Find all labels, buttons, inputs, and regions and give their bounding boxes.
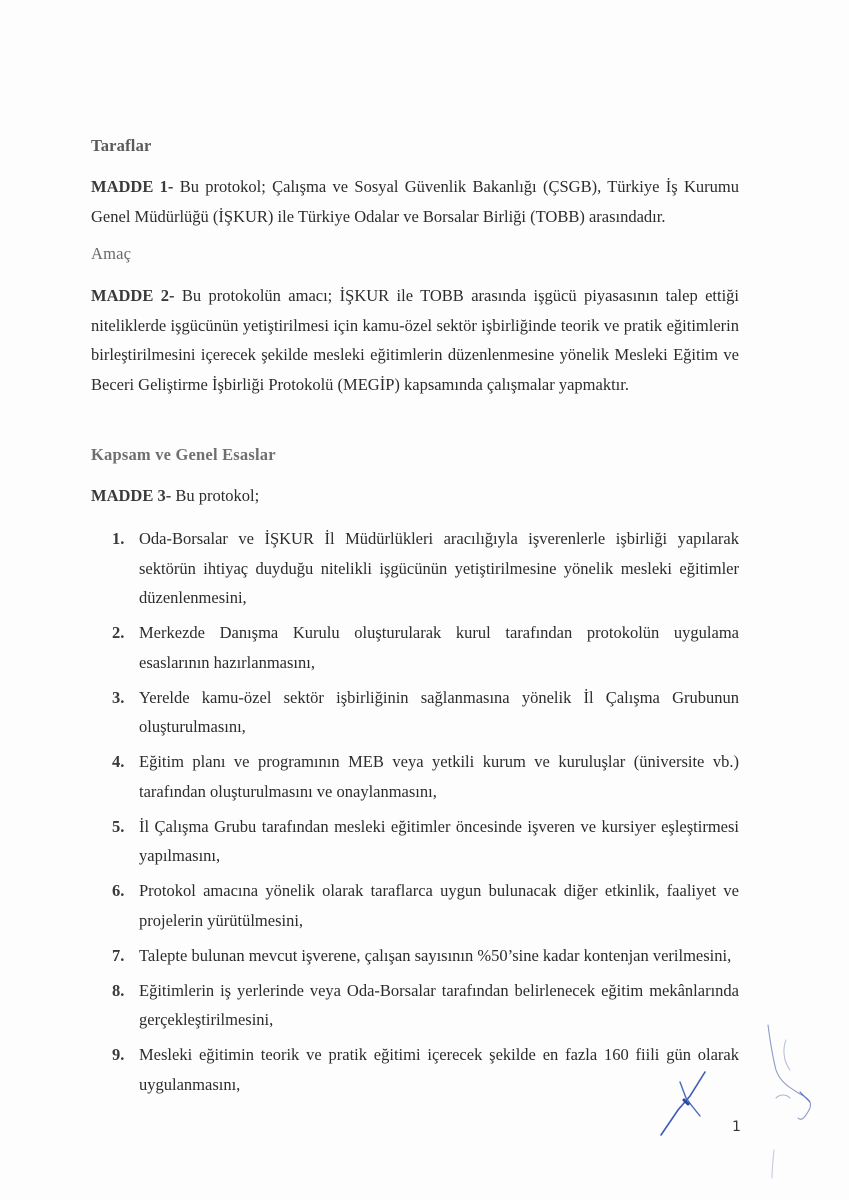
list-item-text: Merkezde Danışma Kurulu oluşturularak ku… [139,623,739,672]
list-item-number: 7. [112,941,124,971]
list-item-text: Yerelde kamu-özel sektör işbirliğinin sa… [139,688,739,737]
list-item: 7.Talepte bulunan mevcut işverene, çalış… [112,941,739,971]
madde-2-paragraph: MADDE 2- Bu protokolün amacı; İŞKUR ile … [91,281,739,399]
list-item-number: 9. [112,1040,124,1070]
document-page: Taraflar MADDE 1- Bu protokol; Çalışma v… [0,0,849,1200]
section-heading-amac: Amaç [91,244,131,264]
section-heading-taraflar: Taraflar [91,136,152,156]
list-item: 3.Yerelde kamu-özel sektör işbirliğinin … [112,683,739,742]
madde-3-label: MADDE 3- [91,486,171,505]
list-item: 5.İl Çalışma Grubu tarafından mesleki eğ… [112,812,739,871]
list-item-number: 4. [112,747,124,777]
list-item-text: Talepte bulunan mevcut işverene, çalışan… [139,946,731,965]
list-item-text: Oda-Borsalar ve İŞKUR İl Müdürlükleri ar… [139,529,739,607]
list-item-number: 5. [112,812,124,842]
list-item-number: 1. [112,524,124,554]
madde-3-text: Bu protokol; [171,486,259,505]
madde-1-paragraph: MADDE 1- Bu protokol; Çalışma ve Sosyal … [91,172,739,231]
list-item: 1.Oda-Borsalar ve İŞKUR İl Müdürlükleri … [112,524,739,613]
list-item-number: 2. [112,618,124,648]
list-item-number: 3. [112,683,124,713]
signature-icon [640,1010,840,1190]
list-item-number: 6. [112,876,124,906]
list-item: 2.Merkezde Danışma Kurulu oluşturularak … [112,618,739,677]
madde-2-label: MADDE 2- [91,286,174,305]
madde-1-label: MADDE 1- [91,177,173,196]
list-item-text: Eğitim planı ve programının MEB veya yet… [139,752,739,801]
madde-3-paragraph: MADDE 3- Bu protokol; [91,481,739,511]
list-item: 6.Protokol amacına yönelik olarak tarafl… [112,876,739,935]
list-item-text: Protokol amacına yönelik olarak taraflar… [139,881,739,930]
list-item-number: 8. [112,976,124,1006]
madde-2-text: Bu protokolün amacı; İŞKUR ile TOBB aras… [91,286,739,394]
list-item-text: İl Çalışma Grubu tarafından mesleki eğit… [139,817,739,866]
list-item: 4.Eğitim planı ve programının MEB veya y… [112,747,739,806]
madde-1-text: Bu protokol; Çalışma ve Sosyal Güvenlik … [91,177,739,226]
page-number: 1 [732,1119,741,1135]
section-heading-kapsam: Kapsam ve Genel Esaslar [91,445,276,465]
